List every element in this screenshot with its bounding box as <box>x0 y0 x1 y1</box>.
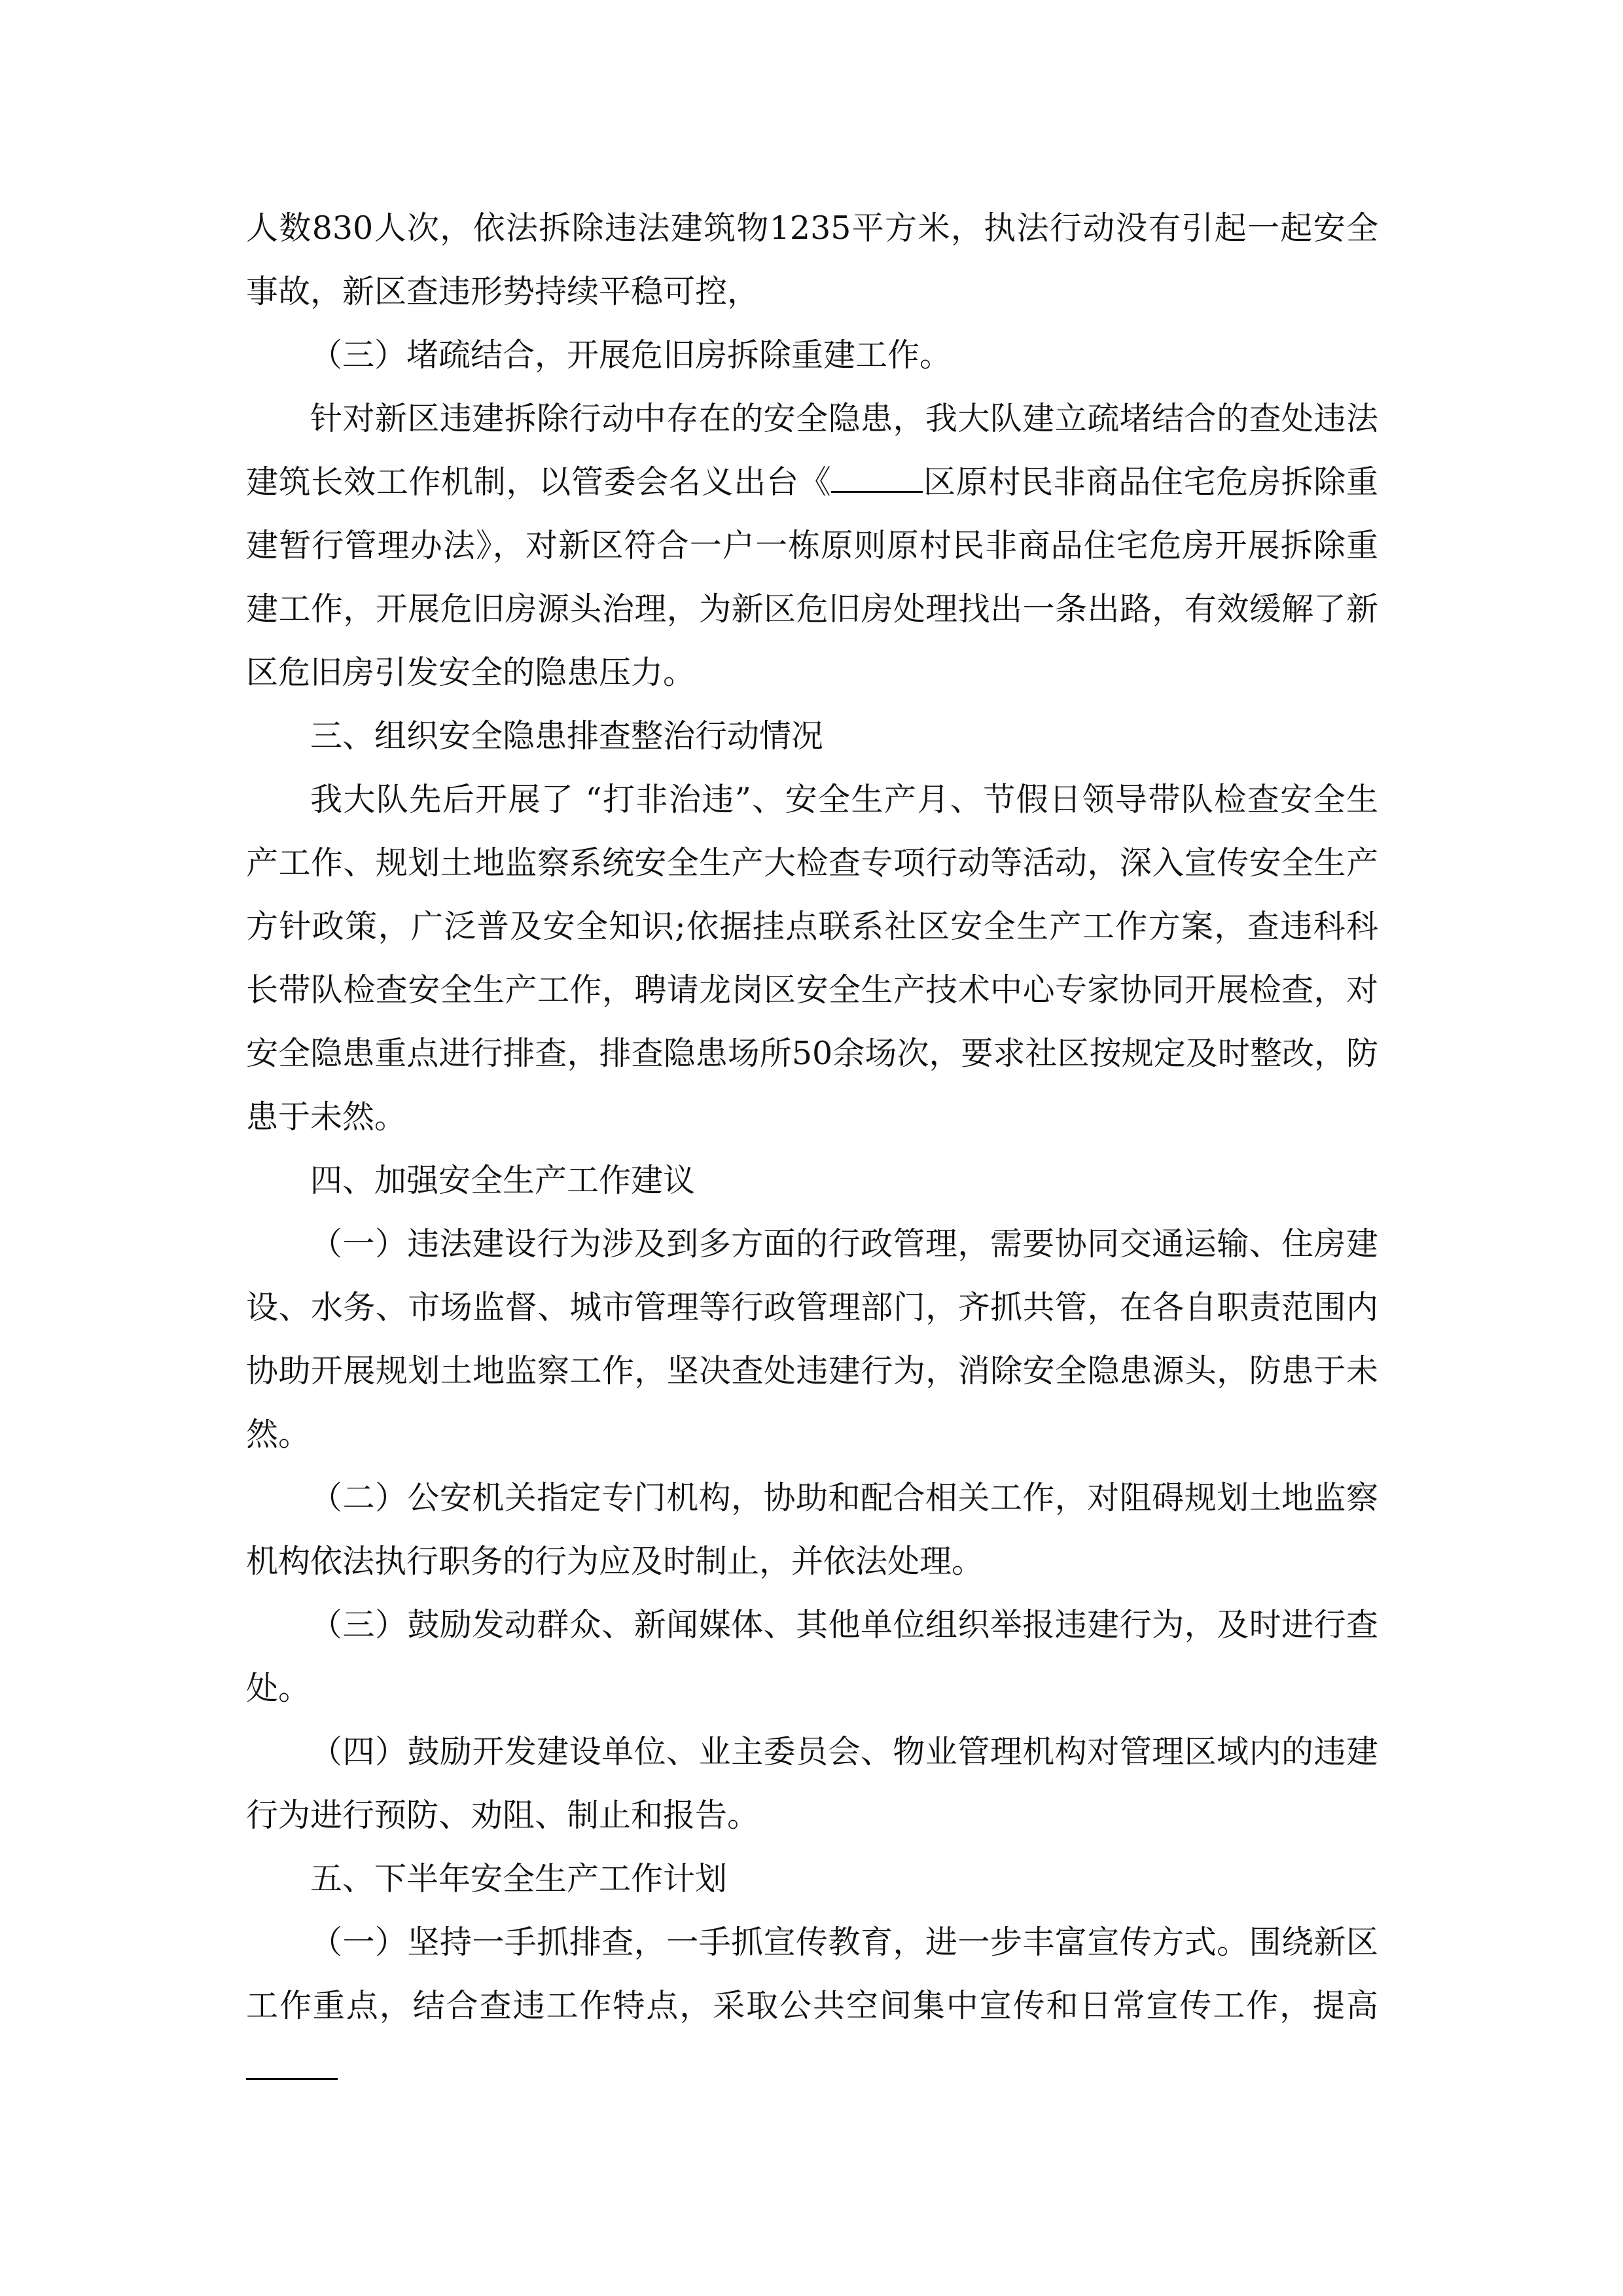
paragraph-hazard-inspection-activities: 我大队先后开展了 “打非治违”、安全生产月、节假日领导带队检查安全生产工作、规划… <box>246 768 1378 1149</box>
subheading-text: （三）堵疏结合，开展危旧房拆除重建工作。 <box>310 336 952 374</box>
paragraph-suggestion-3: （三）鼓励发动群众、新闻媒体、其他单位组织举报违建行为，及时进行查处。 <box>246 1593 1378 1720</box>
subheading-dangerous-housing: （三）堵疏结合，开展危旧房拆除重建工作。 <box>246 323 1378 387</box>
paragraph-suggestion-1: （一）违法建设行为涉及到多方面的行政管理，需要协同交通运输、住房建设、水务、市场… <box>246 1212 1378 1466</box>
paragraph-text: （一）违法建设行为涉及到多方面的行政管理，需要协同交通运输、住房建设、水务、市场… <box>246 1225 1378 1453</box>
section-heading-hazard-inspection: 三、组织安全隐患排查整治行动情况 <box>246 704 1378 768</box>
section-heading-text: 三、组织安全隐患排查整治行动情况 <box>310 717 823 755</box>
fill-in-blank <box>831 462 923 493</box>
paragraph-enforcement-summary: 人数830人次，依法拆除违法建筑物1235平方米，执法行动没有引起一起安全事故，… <box>246 196 1378 323</box>
paragraph-suggestion-4: （四）鼓励开发建设单位、业主委员会、物业管理机构对管理区域内的违建行为进行预防、… <box>246 1720 1378 1847</box>
paragraph-plan-1: （一）坚持一手抓排查，一手抓宣传教育，进一步丰富宣传方式。围绕新区工作重点，结合… <box>246 1910 1378 2101</box>
paragraph-text: 我大队先后开展了 “打非治违”、安全生产月、节假日领导带队检查安全生产工作、规划… <box>246 781 1378 1136</box>
paragraph-text-before-blank: （一）坚持一手抓排查，一手抓宣传教育，进一步丰富宣传方式。围绕新区工作重点，结合… <box>246 1924 1378 2024</box>
paragraph-text: 人数830人次，依法拆除违法建筑物1235平方米，执法行动没有引起一起安全事故，… <box>246 209 1378 310</box>
section-heading-text: 五、下半年安全生产工作计划 <box>310 1860 727 1897</box>
section-heading-second-half-plan: 五、下半年安全生产工作计划 <box>246 1847 1378 1910</box>
paragraph-text: （三）鼓励发动群众、新闻媒体、其他单位组织举报违建行为，及时进行查处。 <box>246 1606 1378 1707</box>
section-heading-safety-suggestions: 四、加强安全生产工作建议 <box>246 1149 1378 1212</box>
paragraph-text: （四）鼓励开发建设单位、业主委员会、物业管理机构对管理区域内的违建行为进行预防、… <box>246 1733 1378 1834</box>
paragraph-suggestion-2: （二）公安机关指定专门机构，协助和配合相关工作，对阻碍规划土地监察机构依法执行职… <box>246 1466 1378 1593</box>
section-heading-text: 四、加强安全生产工作建议 <box>310 1162 695 1199</box>
fill-in-blank <box>246 2049 338 2080</box>
document-page: 人数830人次，依法拆除违法建筑物1235平方米，执法行动没有引起一起安全事故，… <box>246 196 1378 2101</box>
paragraph-dangerous-housing-mechanism: 针对新区违建拆除行动中存在的安全隐患，我大队建立疏堵结合的查处违法建筑长效工作机… <box>246 387 1378 704</box>
paragraph-text: （二）公安机关指定专门机构，协助和配合相关工作，对阻碍规划土地监察机构依法执行职… <box>246 1479 1378 1580</box>
